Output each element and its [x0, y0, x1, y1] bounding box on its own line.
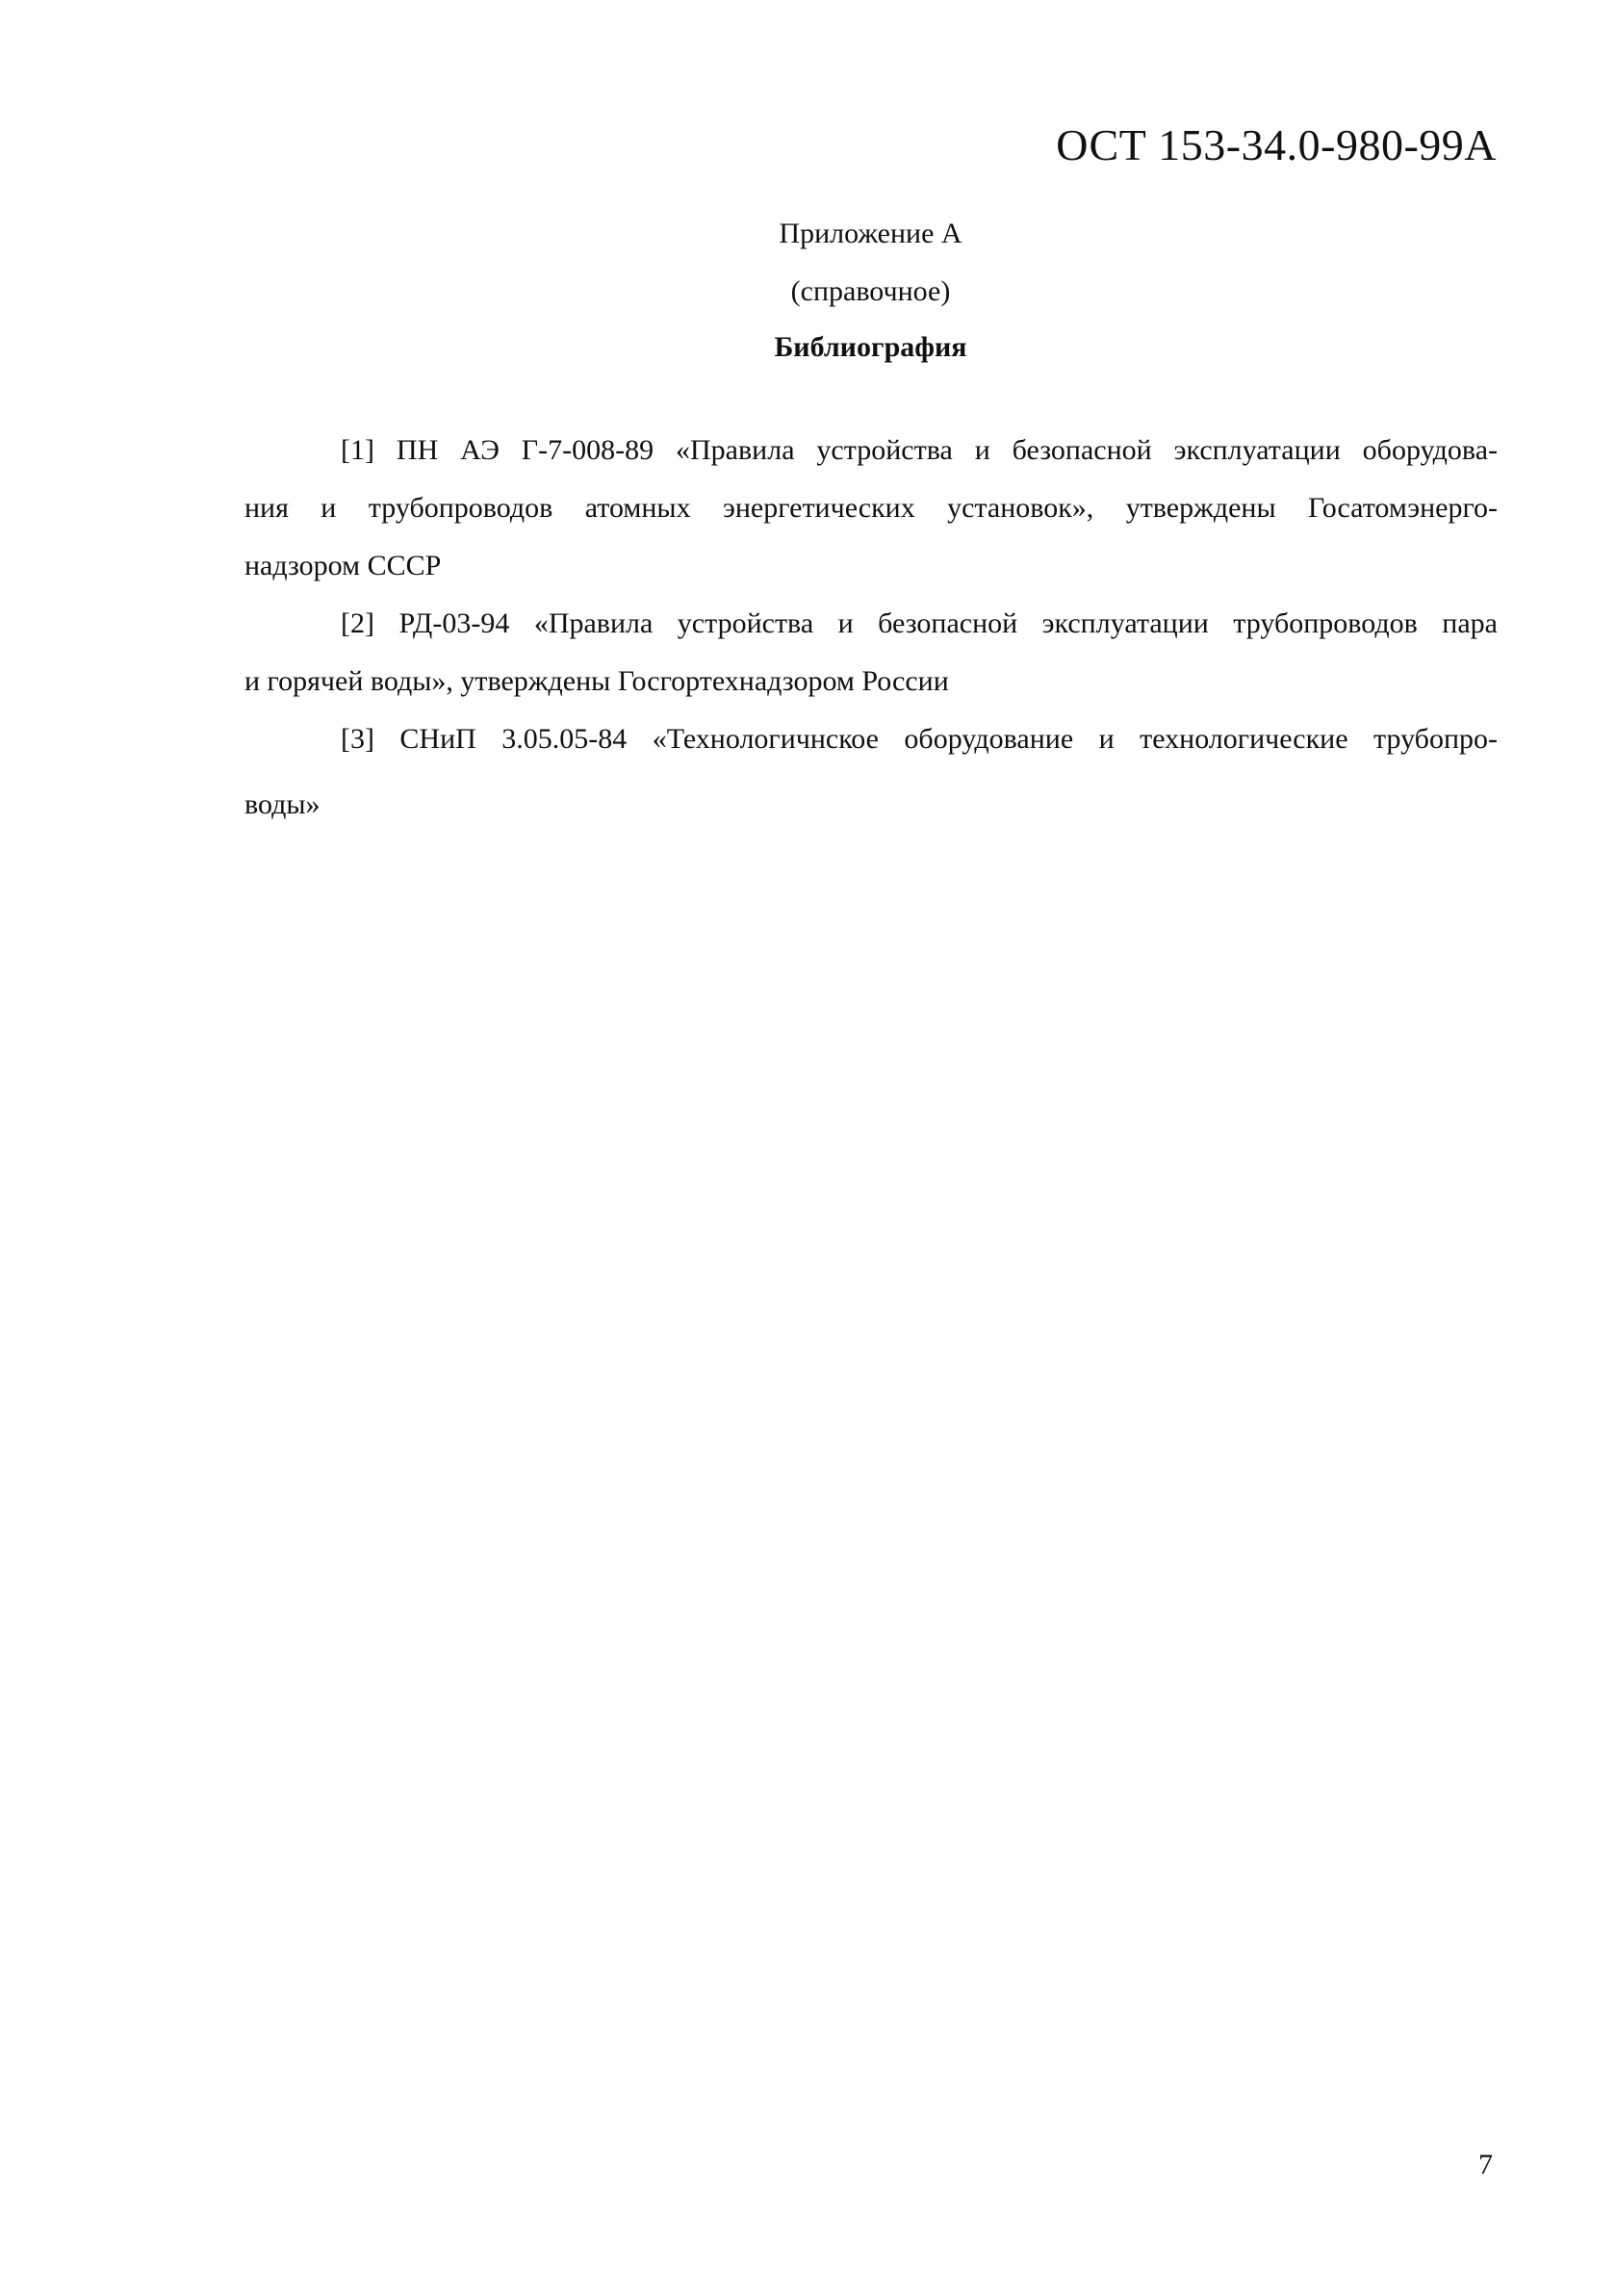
bibliography-list: [1] ПН АЭ Г-7-008-89 «Правила устройства… — [244, 422, 1498, 834]
bib-line: [3] СНиП 3.05.05-84 «Технологичнское обо… — [244, 710, 1498, 768]
appendix-title: Библиография — [0, 331, 1616, 364]
bib-line: [2] РД-03-94 «Правила устройства и безоп… — [244, 595, 1498, 653]
bib-line: ния и трубопроводов атомных энергетическ… — [244, 479, 1498, 537]
document-code: ОСТ 153-34.0-980-99А — [1056, 119, 1497, 170]
appendix-label: Приложение А — [0, 218, 1616, 250]
bib-line: воды» — [244, 776, 1498, 834]
bibliography-entry-3: [3] СНиП 3.05.05-84 «Технологичнское обо… — [244, 710, 1498, 834]
bibliography-entry-2: [2] РД-03-94 «Правила устройства и безоп… — [244, 595, 1498, 710]
bib-line: [1] ПН АЭ Г-7-008-89 «Правила устройства… — [244, 422, 1498, 479]
appendix-type: (справочное) — [0, 275, 1616, 308]
page-number: 7 — [1478, 2149, 1493, 2181]
bib-line: надзором СССР — [244, 537, 1498, 595]
bibliography-entry-1: [1] ПН АЭ Г-7-008-89 «Правила устройства… — [244, 422, 1498, 595]
bib-line: и горячей воды», утверждены Госгортехнад… — [244, 653, 1498, 710]
